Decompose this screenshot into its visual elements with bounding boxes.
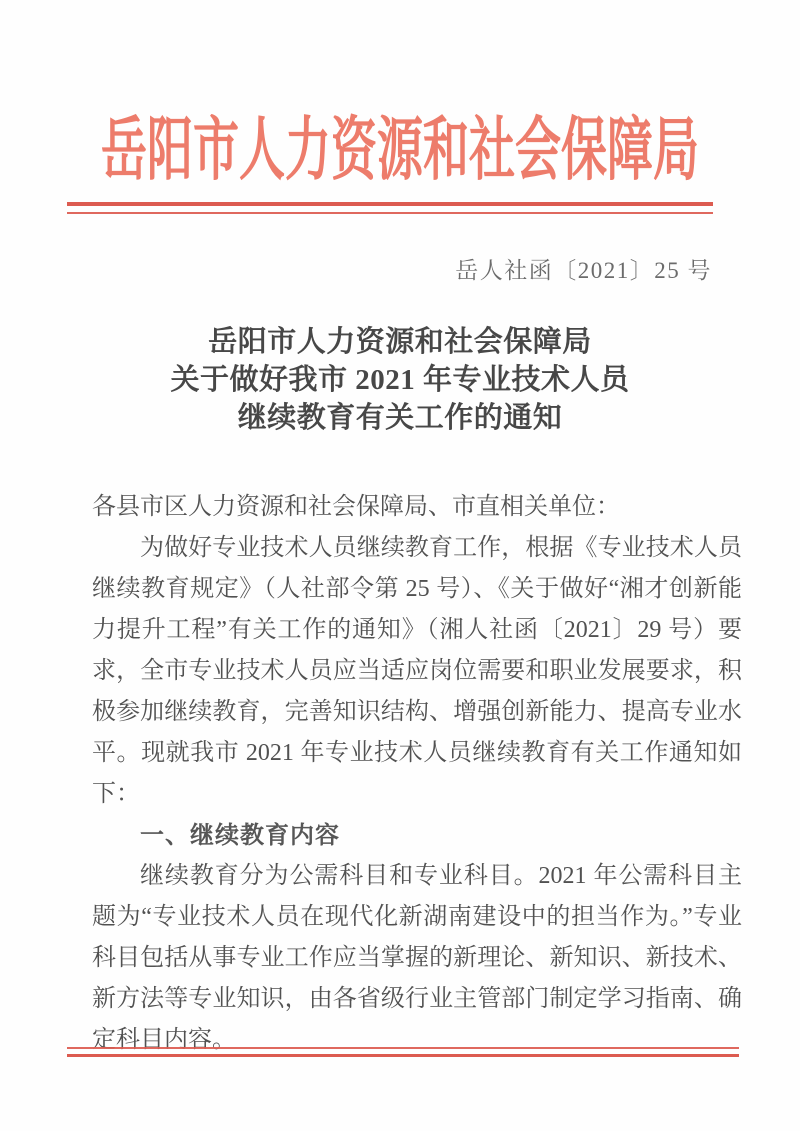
document-title-line1: 岳阳市人力资源和社会保障局	[40, 323, 760, 361]
document-title-line2: 关于做好我市 2021 年专业技术人员	[40, 361, 760, 399]
document-body: 各县市区人力资源和社会保障局、市直相关单位： 为做好专业技术人员继续教育工作，根…	[92, 487, 742, 1061]
salutation: 各县市区人力资源和社会保障局、市直相关单位：	[92, 487, 742, 528]
document-title-line3: 继续教育有关工作的通知	[40, 399, 760, 437]
paragraph-education-content: 继续教育分为公需科目和专业科目。2021 年公需科目主题为“专业技术人员在现代化…	[92, 856, 742, 1061]
letterhead-org-name: 岳阳市人力资源和社会保障局	[40, 116, 760, 185]
footer-rule-thick	[67, 1054, 739, 1058]
header-rule-thin	[67, 212, 713, 214]
paragraph-intro: 为做好专业技术人员继续教育工作，根据《专业技术人员继续教育规定》（人社部令第 2…	[92, 528, 742, 815]
document-page: 岳阳市人力资源和社会保障局 岳人社函〔2021〕25 号 岳阳市人力资源和社会保…	[0, 0, 800, 1131]
header-rule-thick	[67, 202, 713, 206]
document-number: 岳人社函〔2021〕25 号	[455, 252, 712, 285]
section-heading-1: 一、继续教育内容	[92, 815, 742, 856]
document-title: 岳阳市人力资源和社会保障局 关于做好我市 2021 年专业技术人员 继续教育有关…	[40, 323, 760, 437]
footer-rule-thin	[67, 1047, 739, 1049]
